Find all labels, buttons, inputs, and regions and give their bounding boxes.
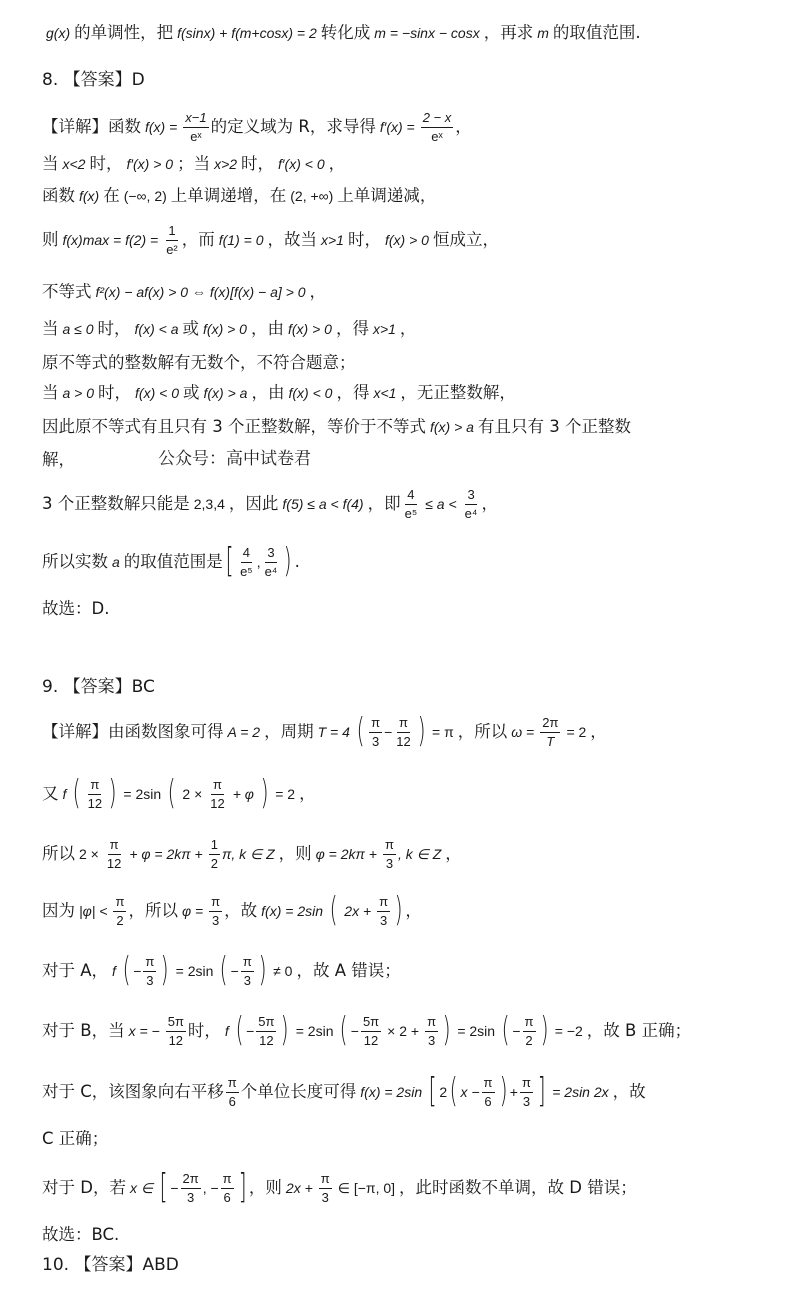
text: 上单调递增，在 bbox=[171, 188, 287, 205]
math: = 2 bbox=[275, 787, 295, 801]
text: 所以实数 bbox=[42, 554, 108, 571]
fraction: x−1eˣ bbox=[183, 111, 208, 143]
text: 3 个正整数解只能是 bbox=[42, 496, 190, 513]
text: ， bbox=[299, 786, 316, 803]
math: ≤ a < bbox=[425, 497, 456, 511]
text: ， bbox=[590, 724, 607, 741]
math: x<1 bbox=[373, 386, 396, 400]
text: ，即 bbox=[368, 496, 401, 513]
q9-line-10: 故选：BC. bbox=[42, 1227, 780, 1244]
fraction: π3 bbox=[520, 1076, 533, 1108]
text: 的取值范围是 bbox=[124, 554, 223, 571]
text: ， bbox=[310, 284, 327, 301]
text: 原不等式的整数解有无数个，不符合题意； bbox=[42, 355, 356, 372]
text: 【详解】函数 bbox=[42, 119, 141, 136]
text: ，故 B 正确； bbox=[587, 1023, 691, 1040]
q8-line-8: 当 a > 0 时， f(x) < 0 或 f(x) > a ，由 f(x) <… bbox=[42, 385, 780, 402]
q8-line-11: 3 个正整数解只能是 2,3,4 ，因此 f(5) ≤ a < f(4) ，即 … bbox=[42, 486, 780, 522]
math: f(5) ≤ a < f(4) bbox=[282, 497, 363, 511]
text: ，得 bbox=[336, 321, 369, 338]
q8-line-2: 当 x<2 时， f′(x) > 0 ；当 x>2 时， f′(x) < 0 ， bbox=[42, 156, 780, 173]
q9-line-1: 【详解】由函数图象可得 A = 2 ，周期 T = 4 ( π3 − π12 )… bbox=[42, 712, 780, 752]
text: 因此原不等式有且只有 3 个正整数解，等价于不等式 bbox=[42, 419, 426, 436]
fraction: π3 bbox=[425, 1015, 438, 1047]
text: ，再求 bbox=[484, 25, 534, 42]
q9-line-3: 所以 2 × π12 + φ = 2kπ + 12 π, k ∈ Z ，则 φ … bbox=[42, 836, 780, 872]
text: 的单调性，把 bbox=[74, 25, 173, 42]
math: 2x + bbox=[344, 904, 371, 918]
fraction: 2 − xeˣ bbox=[421, 111, 454, 143]
right-paren-icon: ) bbox=[284, 548, 292, 575]
text: 则 bbox=[42, 232, 59, 249]
math: f(x) < a bbox=[135, 322, 179, 336]
math: + φ = 2kπ + bbox=[129, 847, 202, 861]
text: 的定义域为 R，求导得 bbox=[211, 119, 376, 136]
fraction: π3 bbox=[377, 895, 390, 927]
math: ≠ 0 bbox=[273, 964, 292, 978]
math: x>1 bbox=[321, 233, 344, 247]
q8-line-4: 则 f(x)max = f(2) = 1e² ，而 f(1) = 0 ，故当 x… bbox=[42, 222, 780, 258]
intro-line: g(x) 的单调性，把 f(sinx) + f(m+cosx) = 2 转化成 … bbox=[42, 25, 780, 42]
q8-line-12: 所以实数 a 的取值范围是 [ 4e⁵ , 3e⁴ ) . bbox=[42, 542, 780, 582]
math: f(x) < 0 bbox=[135, 386, 179, 400]
text: 恒成立， bbox=[433, 232, 499, 249]
math: = −2 bbox=[555, 1024, 583, 1038]
math: , k ∈ Z bbox=[398, 847, 441, 861]
math: f′(x) < 0 bbox=[278, 157, 325, 171]
q8-line-3: 函数 f(x) 在 (−∞, 2) 上单调递增，在 (2, +∞) 上单调递减， bbox=[42, 188, 780, 205]
math: + φ bbox=[233, 787, 254, 801]
math: f(x) > 0 bbox=[385, 233, 429, 247]
text: 个单位长度可得 bbox=[241, 1084, 357, 1101]
text: ，因此 bbox=[229, 496, 279, 513]
math: (−∞, 2) bbox=[124, 189, 167, 203]
math: g(x) bbox=[46, 26, 70, 40]
fraction: 3e⁴ bbox=[463, 488, 480, 520]
text: ，由 bbox=[251, 321, 284, 338]
watermark: 公众号：高中试卷君 bbox=[158, 444, 311, 469]
math: = 2sin bbox=[296, 1024, 334, 1038]
text: 因为 bbox=[42, 903, 75, 920]
math: π, k ∈ Z bbox=[222, 847, 275, 861]
math: 2,3,4 bbox=[194, 497, 225, 511]
fraction: π12 bbox=[105, 838, 123, 870]
fraction: π12 bbox=[394, 716, 412, 748]
math: a > 0 bbox=[63, 386, 95, 400]
text: ， bbox=[400, 321, 417, 338]
q9-line-5: 对于 A， f ( − π3 ) = 2sin ( − π3 ) ≠ 0 ，故 … bbox=[42, 951, 780, 991]
text: 的取值范围. bbox=[553, 25, 641, 42]
fraction: 5π12 bbox=[256, 1015, 276, 1047]
q8-line-13: 故选：D. bbox=[42, 601, 780, 618]
math: x<2 bbox=[63, 157, 86, 171]
text: ，所以 bbox=[128, 903, 178, 920]
fraction: π3 bbox=[319, 1172, 332, 1204]
math: f(1) = 0 bbox=[219, 233, 264, 247]
text: 或 bbox=[183, 321, 200, 338]
text: 时， bbox=[98, 385, 131, 402]
text: 时， bbox=[348, 232, 381, 249]
math: = π bbox=[432, 725, 454, 739]
math: f(sinx) + f(m+cosx) = 2 bbox=[177, 26, 317, 40]
text: 当 bbox=[42, 385, 59, 402]
math: m = −sinx − cosx bbox=[374, 26, 479, 40]
math: f²(x) − af(x) > 0 ⇔ f(x)[f(x) − a] > 0 bbox=[96, 285, 306, 299]
fraction: π2 bbox=[113, 895, 126, 927]
text: . bbox=[295, 554, 300, 571]
text: 时， bbox=[188, 1023, 221, 1040]
math: 2x + bbox=[286, 1181, 313, 1195]
math: f(x) > 0 bbox=[288, 322, 332, 336]
q8-line-1: 【详解】函数 f(x) = x−1eˣ 的定义域为 R，求导得 f′(x) = … bbox=[42, 110, 780, 144]
math: 2 × bbox=[182, 787, 202, 801]
text: ，则 bbox=[249, 1180, 282, 1197]
fraction: π3 bbox=[369, 716, 382, 748]
q9-heading: 9. 【答案】BC bbox=[42, 679, 780, 696]
text: 对于 A， bbox=[42, 963, 108, 980]
text: ，由 bbox=[251, 385, 284, 402]
text: ， bbox=[445, 846, 462, 863]
text: 有且只有 3 个正整数 bbox=[478, 419, 631, 436]
math: φ = 2kπ + bbox=[316, 847, 377, 861]
text: ，则 bbox=[279, 846, 312, 863]
text: ， bbox=[455, 119, 472, 136]
text: ，得 bbox=[336, 385, 369, 402]
text: ， bbox=[482, 496, 499, 513]
q10-heading: 10. 【答案】ABD bbox=[42, 1257, 780, 1274]
math: m bbox=[537, 26, 549, 40]
text: C 正确； bbox=[42, 1131, 108, 1148]
math: x>2 bbox=[214, 157, 237, 171]
fraction: π3 bbox=[383, 838, 396, 870]
text: 对于 C，该图象向右平移 bbox=[42, 1084, 224, 1101]
text: 当 bbox=[42, 156, 59, 173]
q8-heading: 8. 【答案】D bbox=[42, 72, 780, 89]
q8-line-6: 当 a ≤ 0 时， f(x) < a 或 f(x) > 0 ，由 f(x) >… bbox=[42, 321, 780, 338]
q8-line-7: 原不等式的整数解有无数个，不符合题意； bbox=[42, 355, 780, 372]
text: 所以 bbox=[42, 846, 75, 863]
fraction: 5π12 bbox=[361, 1015, 381, 1047]
text: ，此时函数不单调，故 D 错误； bbox=[399, 1180, 637, 1197]
text: 转化成 bbox=[321, 25, 371, 42]
math: f′(x) > 0 bbox=[126, 157, 173, 171]
q9-line-6: 对于 B，当 x = − 5π12 时， f ( − 5π12 ) = 2sin… bbox=[42, 1011, 780, 1051]
left-paren-icon: ( bbox=[357, 718, 365, 745]
math: f(x) > a bbox=[204, 386, 248, 400]
math: f(x) > a bbox=[430, 420, 474, 434]
math: a bbox=[112, 555, 120, 569]
text: ；当 bbox=[177, 156, 210, 173]
fraction: π12 bbox=[86, 778, 104, 810]
math: f(x) = bbox=[145, 120, 177, 134]
text: 时， bbox=[241, 156, 274, 173]
q8-line-10: 解， bbox=[42, 452, 780, 469]
math: f bbox=[112, 964, 116, 978]
q8-line-5: 不等式 f²(x) − af(x) > 0 ⇔ f(x)[f(x) − a] >… bbox=[42, 284, 780, 301]
q8-line-9: 因此原不等式有且只有 3 个正整数解，等价于不等式 f(x) > a 有且只有 … bbox=[42, 419, 780, 436]
fraction: π6 bbox=[226, 1076, 239, 1108]
text: 上单调递减， bbox=[337, 188, 436, 205]
q9-line-8: C 正确； bbox=[42, 1131, 780, 1148]
text: 在 bbox=[103, 188, 120, 205]
text: 对于 D，若 bbox=[42, 1180, 126, 1197]
fraction: 4e⁵ bbox=[403, 488, 420, 520]
fraction: 3e⁴ bbox=[263, 546, 280, 578]
math: f(x) > 0 bbox=[203, 322, 247, 336]
q9-line-9: 对于 D，若 x ∈ [ − 2π3 , − π6 ] ，则 2x + π3 ∈… bbox=[42, 1168, 780, 1208]
text: ，故 bbox=[224, 903, 257, 920]
math: f bbox=[225, 1024, 229, 1038]
fraction: 1e² bbox=[164, 224, 180, 256]
text: ， bbox=[329, 156, 346, 173]
math: (2, +∞) bbox=[290, 189, 333, 203]
fraction: π2 bbox=[523, 1015, 536, 1047]
text: ，而 bbox=[182, 232, 215, 249]
q9-line-7: 对于 C，该图象向右平移 π6 个单位长度可得 f(x) = 2sin [ 2 … bbox=[42, 1072, 780, 1112]
q9-line-4: 因为 |φ| < π2 ，所以 φ = π3 ，故 f(x) = 2sin ( … bbox=[42, 891, 780, 931]
math: f(x) bbox=[79, 189, 99, 203]
math: |φ| < bbox=[79, 904, 107, 918]
math: x = − bbox=[129, 1024, 160, 1038]
math: = 2sin bbox=[457, 1024, 495, 1038]
math: x>1 bbox=[373, 322, 396, 336]
text: 当 bbox=[42, 321, 59, 338]
fraction: π3 bbox=[209, 895, 222, 927]
comma: , bbox=[257, 555, 261, 569]
math: = 2sin bbox=[123, 787, 161, 801]
text: ，无正整数解， bbox=[400, 385, 516, 402]
math: ω = bbox=[511, 725, 534, 739]
fraction: 2πT bbox=[540, 716, 560, 748]
text: ，故 A 错误； bbox=[296, 963, 400, 980]
text: 或 bbox=[183, 385, 200, 402]
text: 不等式 bbox=[42, 284, 92, 301]
text: 函数 bbox=[42, 188, 75, 205]
math: = 2sin 2x bbox=[552, 1085, 608, 1099]
math: 2 × bbox=[79, 847, 99, 861]
math: T = 4 bbox=[318, 725, 350, 739]
fraction: π6 bbox=[482, 1076, 495, 1108]
math: f′(x) = bbox=[380, 120, 415, 134]
text: 又 bbox=[42, 786, 59, 803]
text: ，故 bbox=[613, 1084, 646, 1101]
fraction: 2π3 bbox=[181, 1172, 201, 1204]
text: ，故当 bbox=[268, 232, 318, 249]
math: x ∈ bbox=[130, 1181, 153, 1195]
text: 对于 B，当 bbox=[42, 1023, 125, 1040]
text: ，周期 bbox=[264, 724, 314, 741]
text: 解， bbox=[42, 452, 75, 469]
left-bracket-icon: [ bbox=[225, 548, 233, 575]
right-paren-icon: ) bbox=[417, 718, 425, 745]
math: a ≤ 0 bbox=[63, 322, 94, 336]
math: f(x)max = f(2) = bbox=[63, 233, 159, 247]
fraction: 4e⁵ bbox=[238, 546, 255, 578]
text: 时， bbox=[89, 156, 122, 173]
fraction: π3 bbox=[241, 955, 254, 987]
fraction: π12 bbox=[208, 778, 226, 810]
q9-line-2: 又 f ( π12 ) = 2sin ( 2 × π12 + φ ) = 2 ， bbox=[42, 774, 780, 814]
math: = 2sin bbox=[176, 964, 214, 978]
math: f(x) < 0 bbox=[288, 386, 332, 400]
fraction: 5π12 bbox=[166, 1015, 186, 1047]
math: f bbox=[63, 787, 67, 801]
math: f(x) = 2sin bbox=[261, 904, 323, 918]
text: 故选：BC. bbox=[42, 1227, 119, 1244]
text: ，所以 bbox=[458, 724, 508, 741]
fraction: π3 bbox=[143, 955, 156, 987]
math: φ = bbox=[182, 904, 203, 918]
text: 时， bbox=[98, 321, 131, 338]
math: f(x) = 2sin bbox=[360, 1085, 422, 1099]
fraction: 12 bbox=[209, 838, 220, 870]
text: ， bbox=[405, 903, 422, 920]
fraction: π6 bbox=[221, 1172, 234, 1204]
math: A = 2 bbox=[228, 725, 261, 739]
text: 【详解】由函数图象可得 bbox=[42, 724, 224, 741]
text: 故选：D. bbox=[42, 601, 109, 618]
math: = 2 bbox=[566, 725, 586, 739]
math: ∈ [−π, 0] bbox=[338, 1181, 395, 1195]
math: × 2 + bbox=[387, 1024, 419, 1038]
